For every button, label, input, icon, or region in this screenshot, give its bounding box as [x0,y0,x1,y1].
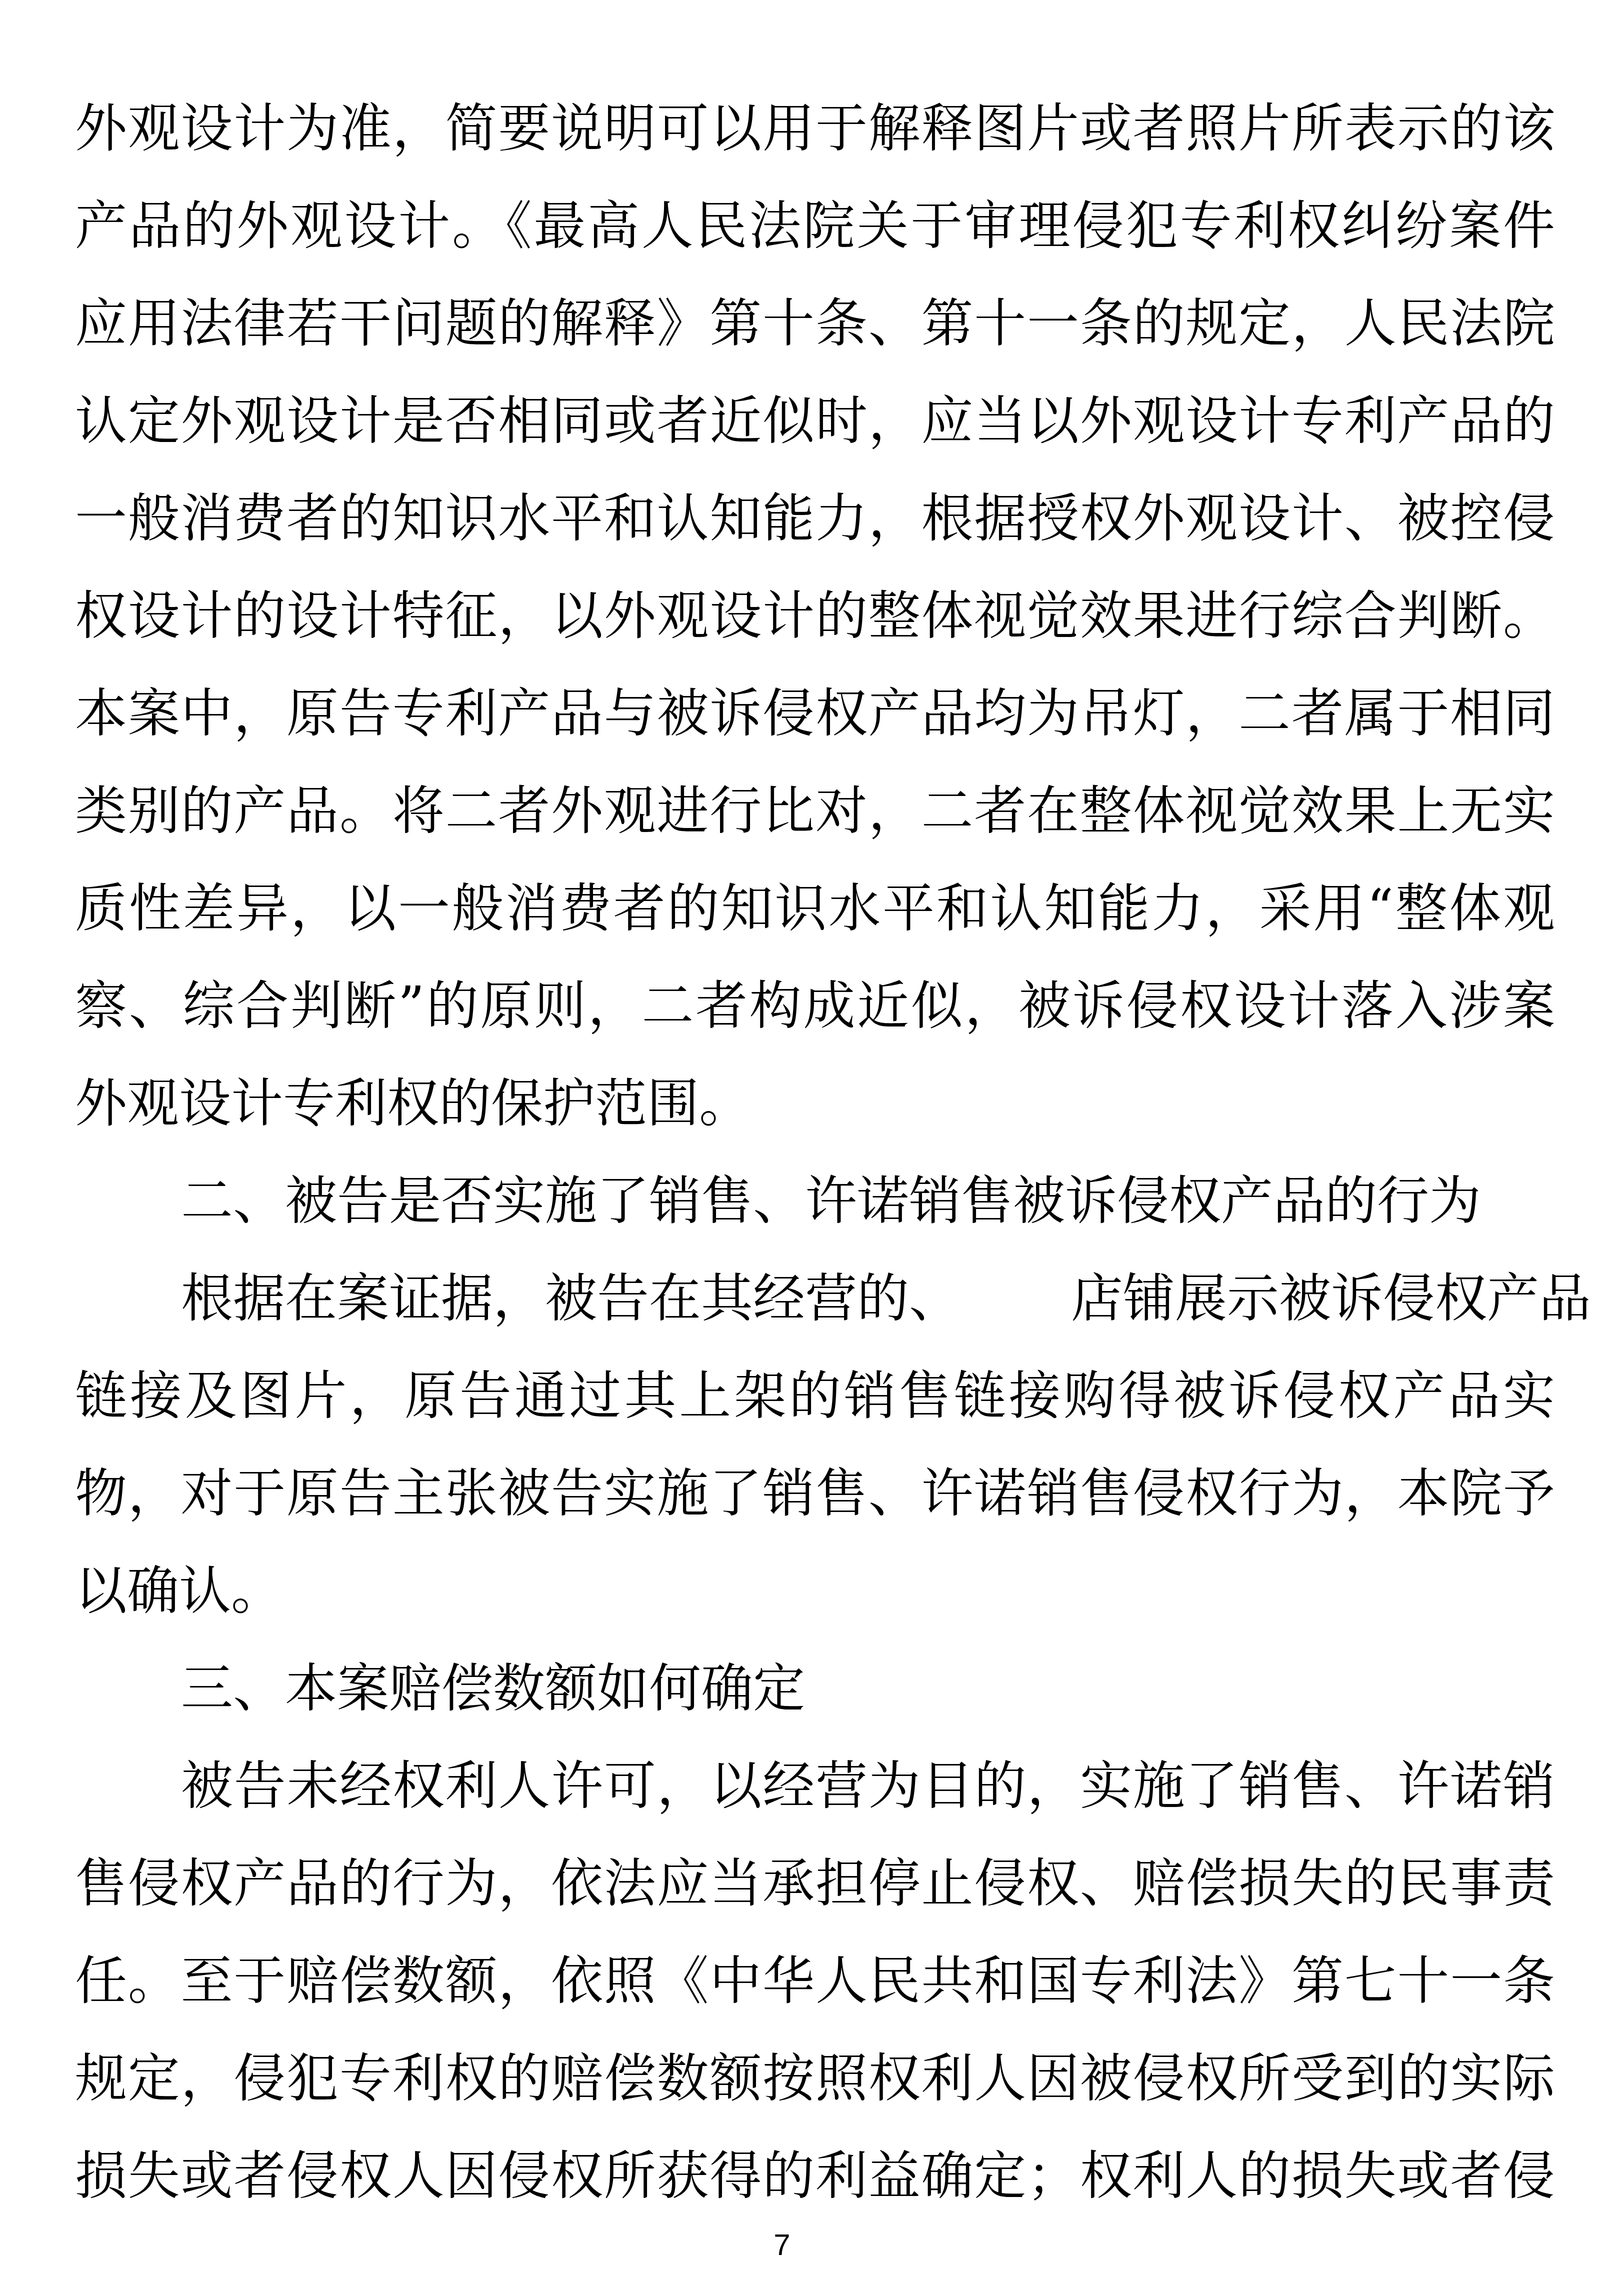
section-heading-3: 三、本案赔偿数额如何确定 [181,1640,1555,1737]
body-text-line: 质性差异，以一般消费者的知识水平和认知能力，采用“整体观 [75,860,1555,957]
text-before-redaction: 根据在案证据，被告在其经营的、 [181,1268,961,1329]
body-text-line: 外观设计为准，简要说明可以用于解释图片或者照片所表示的该 [75,80,1555,177]
body-text-line: 产品的外观设计。《最高人民法院关于审理侵犯专利权纠纷案件 [75,177,1555,275]
section-heading-2: 二、被告是否实施了销售、许诺销售被诉侵权产品的行为 [181,1152,1555,1250]
body-text-line: 售侵权产品的行为，依法应当承担停止侵权、赔偿损失的民事责 [75,1835,1555,1932]
body-text-line: 类别的产品。将二者外观进行比对，二者在整体视觉效果上无实 [75,762,1555,860]
body-text-line-redacted: 根据在案证据，被告在其经营的、店铺展示被诉侵权产品 [181,1250,1555,1347]
body-text-line: 一般消费者的知识水平和认知能力，根据授权外观设计、被控侵 [75,470,1555,567]
document-page: 外观设计为准，简要说明可以用于解释图片或者照片所表示的该 产品的外观设计。《最高… [0,0,1624,2296]
body-text-line: 损失或者侵权人因侵权所获得的利益确定；权利人的损失或者侵 [75,2127,1555,2225]
text-after-redaction: 店铺展示被诉侵权产品 [1071,1268,1591,1329]
body-text-line: 以确认。 [75,1542,1555,1640]
body-text-line: 权设计的设计特征，以外观设计的整体视觉效果进行综合判断。 [75,567,1555,665]
body-text-line: 外观设计专利权的保护范围。 [75,1055,1555,1152]
body-text-line: 物，对于原告主张被告实施了销售、许诺销售侵权行为，本院予 [75,1445,1555,1542]
body-text-line: 规定，侵犯专利权的赔偿数额按照权利人因被侵权所受到的实际 [75,2030,1555,2127]
body-text-line: 本案中，原告专利产品与被诉侵权产品均为吊灯，二者属于相同 [75,665,1555,762]
body-text-line: 任。至于赔偿数额，依照《中华人民共和国专利法》第七十一条 [75,1932,1555,2030]
body-text-line: 链接及图片，原告通过其上架的销售链接购得被诉侵权产品实 [75,1347,1555,1445]
body-text-line: 应用法律若干问题的解释》第十条、第十一条的规定，人民法院 [75,275,1555,372]
body-text-line: 认定外观设计是否相同或者近似时，应当以外观设计专利产品的 [75,372,1555,470]
page-number: 7 [762,2225,802,2265]
body-text-line: 察、综合判断”的原则，二者构成近似，被诉侵权设计落入涉案 [75,957,1555,1055]
body-text-line: 被告未经权利人许可，以经营为目的，实施了销售、许诺销 [181,1737,1555,1835]
redaction-block [961,1278,1071,1328]
